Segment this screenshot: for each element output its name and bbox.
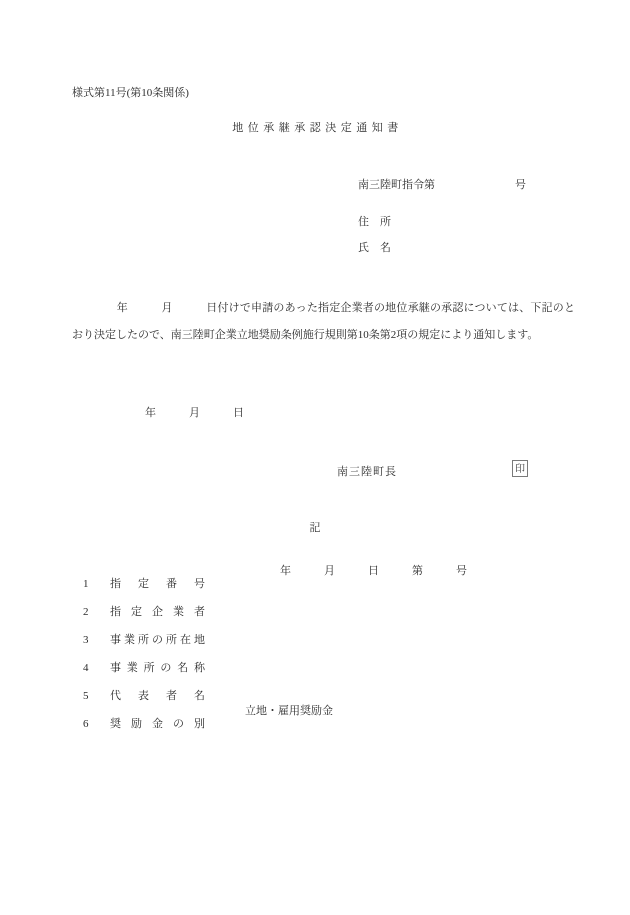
mayor-signature-label: 南三陸町長: [337, 466, 397, 479]
item-number: 2: [83, 606, 110, 619]
item-number: 1: [83, 578, 110, 591]
item-number: 6: [83, 718, 110, 731]
seal-mark: 印: [512, 460, 528, 477]
item-label: 指定企業者: [110, 606, 205, 619]
directive-number-prefix: 南三陸町指令第: [358, 179, 435, 191]
form-number: 様式第11号(第10条関係): [72, 87, 189, 100]
item-label: 事業所の所在地: [110, 634, 205, 647]
list-heading: 記: [0, 522, 630, 535]
directive-number-blank: [435, 187, 515, 188]
item-value: 年 月 日 第 号: [280, 565, 467, 578]
page-title: 地位承継承認決定通知書: [0, 122, 630, 135]
recipient-address-label: 住 所: [358, 216, 391, 229]
directive-number-suffix: 号: [515, 179, 526, 191]
item-label: 事業所の名称: [110, 662, 205, 675]
item-value: 立地・雇用奨励金: [245, 705, 333, 718]
directive-number-line: 南三陸町指令第号: [358, 179, 526, 192]
item-label: 奨励金の別: [110, 718, 205, 731]
body-paragraph: 年 月 日付けで申請のあった指定企業者の地位承継の承認については、下記のとおり決…: [72, 295, 575, 349]
recipient-name-label: 氏 名: [358, 242, 391, 255]
item-number: 5: [83, 690, 110, 703]
item-number: 3: [83, 634, 110, 647]
item-label: 指定番号: [110, 578, 205, 591]
list-item-incentive-type: 6奨励金の別 立地・雇用奨励金: [72, 705, 572, 757]
issue-date-line: 年 月 日: [145, 407, 244, 420]
document-page: 様式第11号(第10条関係) 地位承継承認決定通知書 南三陸町指令第号 住 所 …: [0, 0, 630, 915]
item-label: 代表者名: [110, 690, 205, 703]
item-number: 4: [83, 662, 110, 675]
